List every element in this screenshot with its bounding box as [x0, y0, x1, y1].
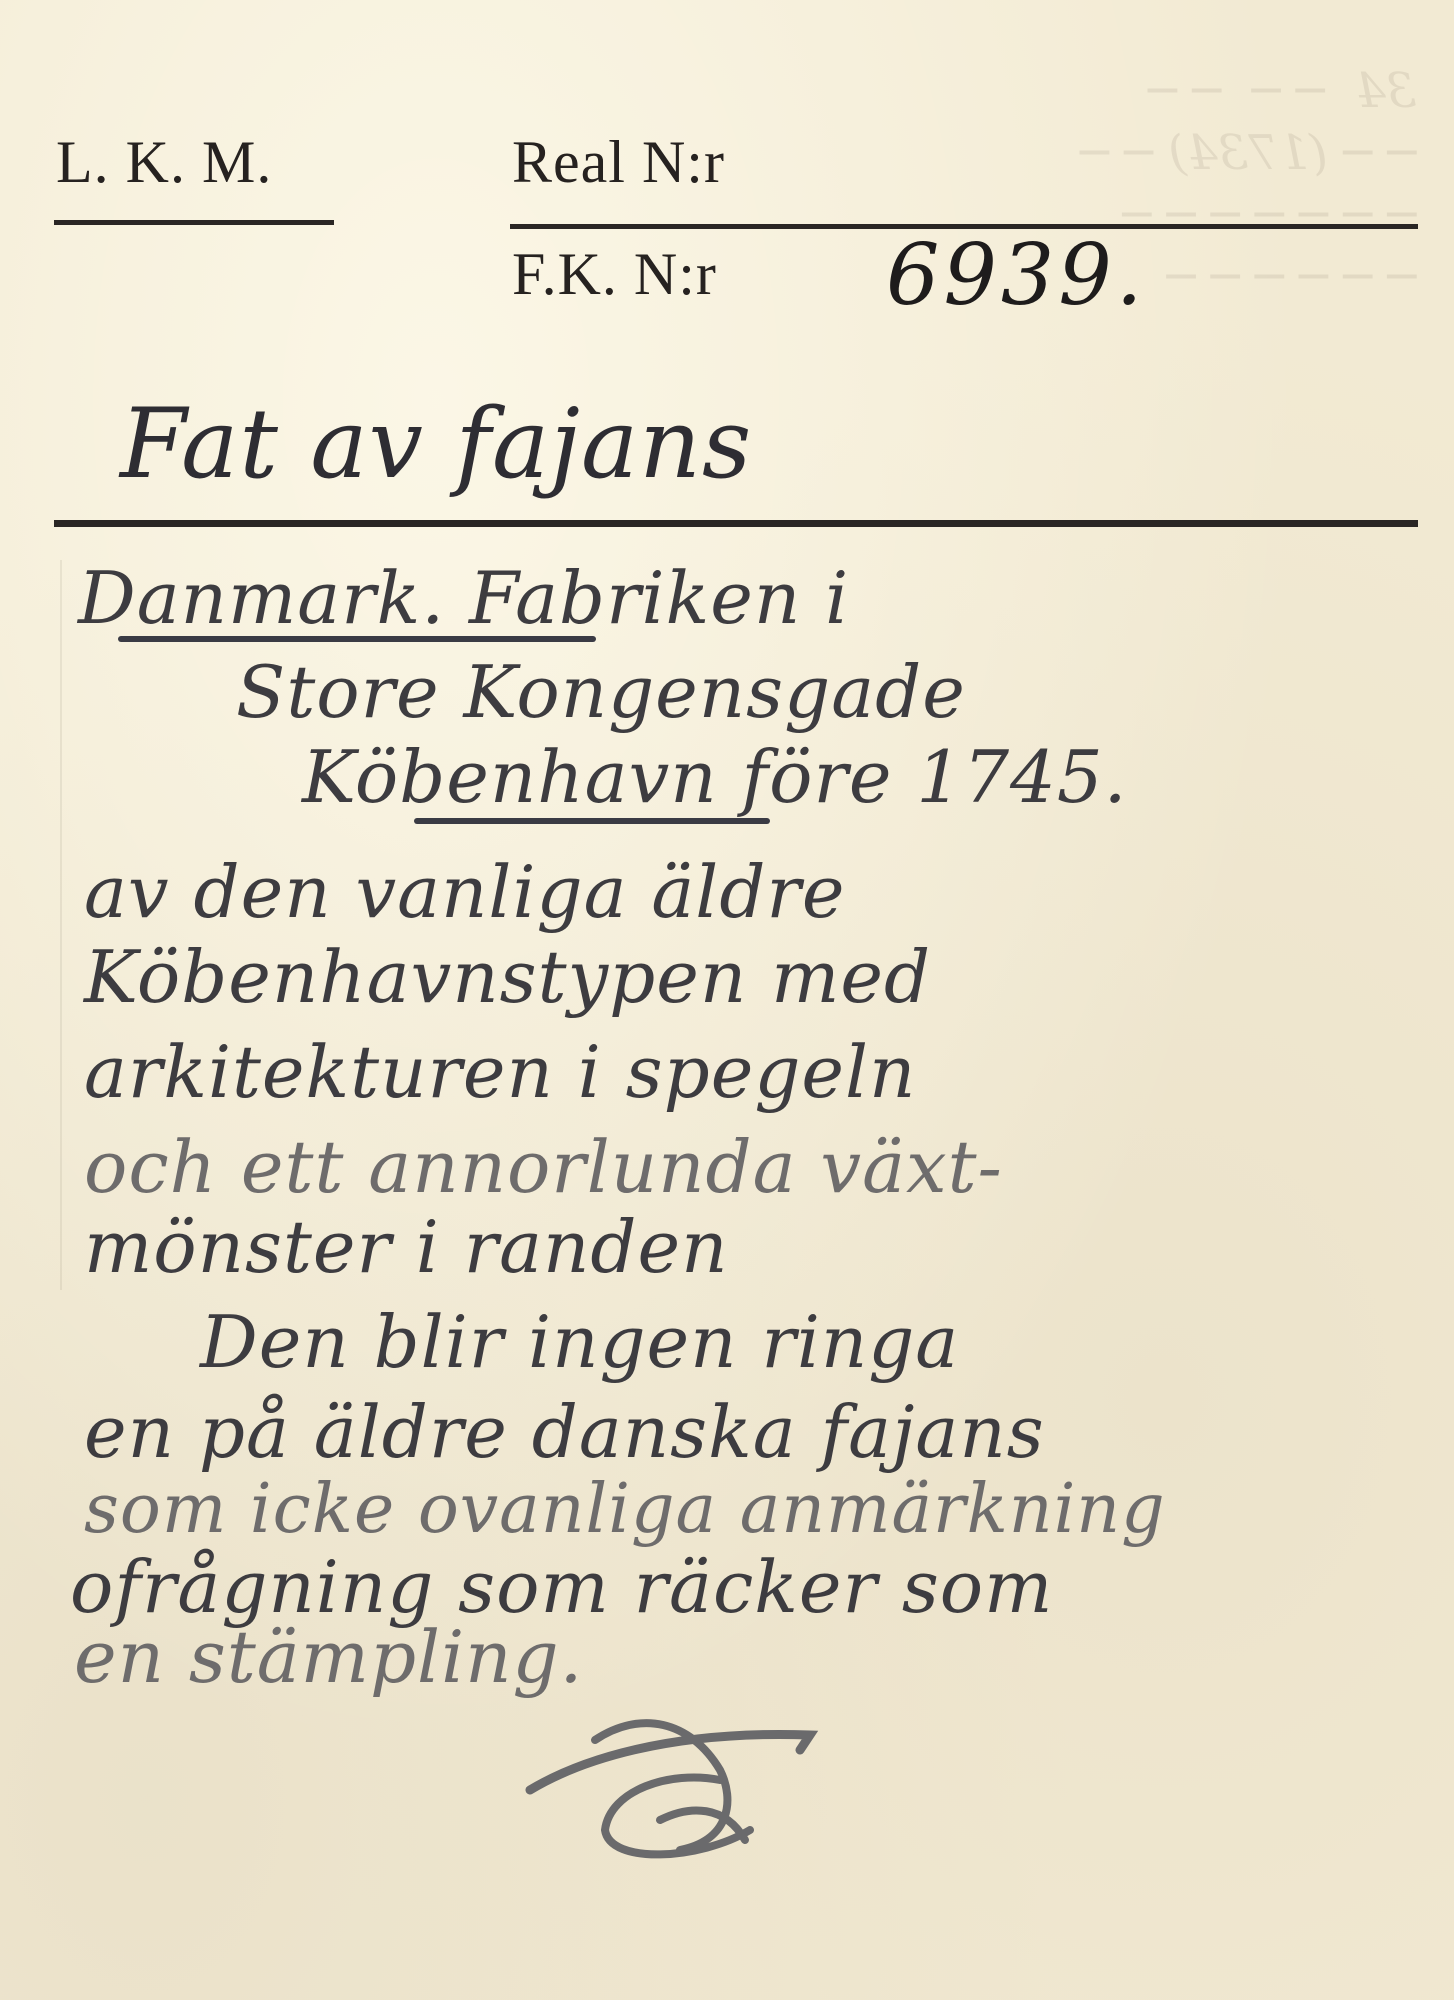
kobenhavn-underline: [414, 818, 770, 824]
body-line-1: Danmark. Fabriken i: [78, 556, 849, 640]
fk-number-value: 6939.: [886, 226, 1146, 324]
body-line-2: Store Kongensgade: [236, 650, 966, 734]
margin-line: [60, 560, 62, 1290]
body-line-9: Den blir ingen ringa: [200, 1300, 959, 1384]
institution-underline: [54, 220, 334, 225]
body-line-13: en stämpling.: [74, 1615, 583, 1699]
body-line-6: arkitekturen i spegeln: [84, 1030, 916, 1114]
danmark-underline: [118, 636, 596, 642]
body-line-4: av den vanliga äldre: [84, 850, 845, 934]
body-line-5: Köbenhavnstypen med: [84, 935, 931, 1019]
body-line-7: och ett annorlunda växt-: [84, 1125, 1003, 1209]
real-number-label: Real N:r: [512, 128, 725, 197]
body-line-11: som icke ovanliga anmärkning: [84, 1470, 1166, 1549]
fk-number-label: F.K. N:r: [512, 240, 717, 309]
institution-label: L. K. M.: [56, 128, 272, 197]
body-line-3: Köbenhavn före 1745.: [302, 735, 1128, 819]
card-title: Fat av fajans: [120, 388, 752, 500]
body-line-10: en på äldre danska fajans: [84, 1390, 1045, 1474]
body-line-8: mönster i randen: [84, 1205, 729, 1289]
title-rule: [54, 520, 1418, 527]
signature-monogram: [520, 1690, 820, 1860]
